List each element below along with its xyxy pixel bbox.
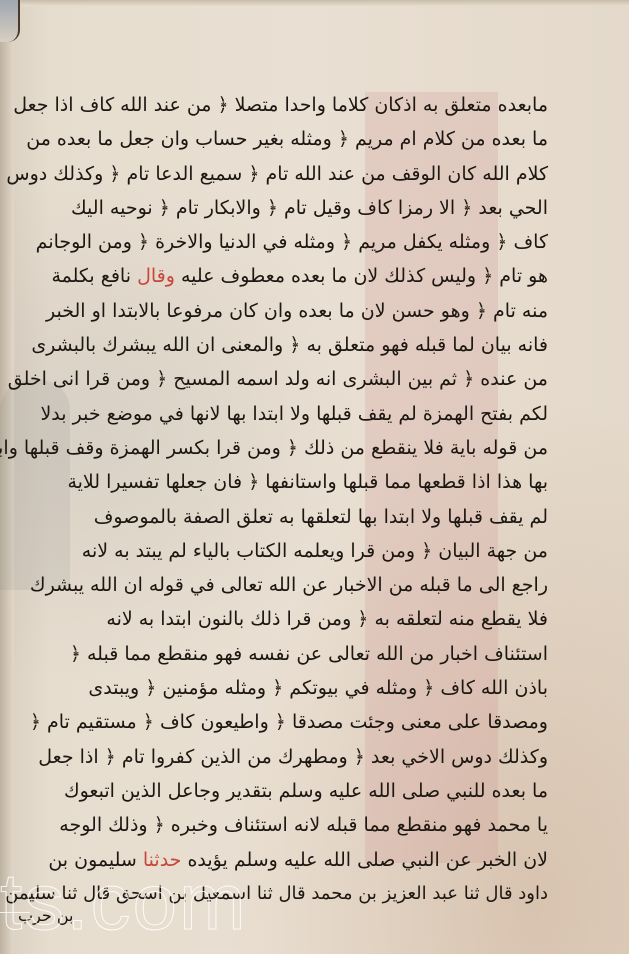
manuscript-line: كاف ﴿ ومثله يكفل مريم ﴿ ومثله في الدنيا …	[38, 225, 548, 259]
manuscript-line: استئناف اخبار من الله تعالى عن نفسه فهو …	[38, 637, 548, 671]
line-text: باذن الله كاف ﴿ ومثله في بيوتكم ﴿ ومثله …	[88, 677, 548, 699]
manuscript-line: فلا يقطع منه لتعلقه به ﴿ ومن قرا ذلك بال…	[38, 602, 548, 636]
page-top-edge	[0, 0, 629, 6]
line-text: ما بعده للنبي صلى الله عليه وسلم بتقدير …	[64, 780, 548, 802]
manuscript-line: منه تام ﴿ وهو حسن لان ما بعده وان كان مر…	[38, 294, 548, 328]
line-text: الحي بعد ﴿ الا رمزا كاف وقيل تام ﴿ والاب…	[71, 197, 548, 219]
rubric-word: وقال	[137, 265, 175, 287]
manuscript-line: بها هذا اذا قطعها مما قبلها واستانفها ﴿ …	[38, 465, 548, 499]
watermark: ts.com	[0, 862, 248, 942]
manuscript-line: راجع الى ما قبله من الاخبار عن الله تعال…	[38, 568, 548, 602]
line-text: راجع الى ما قبله من الاخبار عن الله تعال…	[30, 574, 548, 596]
manuscript-line: من جهة البيان ﴿ ومن قرا ويعلمه الكتاب با…	[38, 534, 548, 568]
manuscript-line: باذن الله كاف ﴿ ومثله في بيوتكم ﴿ ومثله …	[38, 671, 548, 705]
line-text: هو تام ﴿ وليس كذلك لان ما بعده معطوف علي…	[181, 265, 548, 287]
line-text: ومصدقا على معنى وجئت مصدقا ﴿ واطيعون كاف…	[30, 711, 548, 733]
line-text: من جهة البيان ﴿ ومن قرا ويعلمه الكتاب با…	[82, 540, 548, 562]
manuscript-line: ما بعده للنبي صلى الله عليه وسلم بتقدير …	[38, 774, 548, 808]
manuscript-line: كلام الله كان الوقف من عند الله تام ﴿ سم…	[38, 157, 548, 191]
manuscript-line: من عنده ﴿ ثم بين البشرى انه ولد اسمه الم…	[38, 362, 548, 396]
manuscript-line: ما بعده من كلام ام مريم ﴿ ومثله بغير حسا…	[38, 122, 548, 156]
manuscript-line: لم يقف قبلها ولا ابتدا بها لتعلقها به تع…	[38, 500, 548, 534]
line-text: بها هذا اذا قطعها مما قبلها واستانفها ﴿ …	[67, 471, 548, 493]
line-text-tail: نافع بكلمة	[51, 265, 131, 287]
page-corner-fold	[0, 0, 20, 42]
manuscript-text-block: مابعده متعلق به اذكان كلاما واحدا متصلا …	[38, 88, 548, 911]
line-text: استئناف اخبار من الله تعالى عن نفسه فهو …	[70, 643, 548, 665]
line-text: وكذلك دوس الاخي بعد ﴿ ومطهرك من الذين كف…	[38, 746, 548, 768]
manuscript-page: مابعده متعلق به اذكان كلاما واحدا متصلا …	[0, 0, 629, 954]
line-text: فانه بيان لما قبله فهو متعلق به ﴿ والمعن…	[31, 334, 548, 356]
line-text: ما بعده من كلام ام مريم ﴿ ومثله بغير حسا…	[26, 128, 548, 150]
line-text: كلام الله كان الوقف من عند الله تام ﴿ سم…	[6, 163, 548, 185]
manuscript-line: ومصدقا على معنى وجئت مصدقا ﴿ واطيعون كاف…	[38, 705, 548, 739]
manuscript-line: هو تام ﴿ وليس كذلك لان ما بعده معطوف علي…	[38, 259, 548, 293]
line-text: لم يقف قبلها ولا ابتدا بها لتعلقها به تع…	[94, 506, 548, 528]
manuscript-line: مابعده متعلق به اذكان كلاما واحدا متصلا …	[38, 88, 548, 122]
line-text: من عنده ﴿ ثم بين البشرى انه ولد اسمه الم…	[8, 368, 548, 390]
line-text: مابعده متعلق به اذكان كلاما واحدا متصلا …	[13, 94, 548, 116]
line-text: يا محمد فهو منقطع مما قبله لانه استئناف …	[59, 814, 548, 836]
line-text: لكم بفتح الهمزة لم يقف قبلها ولا ابتدا ب…	[40, 403, 548, 425]
manuscript-line: يا محمد فهو منقطع مما قبله لانه استئناف …	[38, 808, 548, 842]
manuscript-line: الحي بعد ﴿ الا رمزا كاف وقيل تام ﴿ والاب…	[38, 191, 548, 225]
manuscript-line: فانه بيان لما قبله فهو متعلق به ﴿ والمعن…	[38, 328, 548, 362]
line-text: كاف ﴿ ومثله يكفل مريم ﴿ ومثله في الدنيا …	[36, 231, 548, 253]
line-text: منه تام ﴿ وهو حسن لان ما بعده وان كان مر…	[46, 300, 548, 322]
manuscript-line: وكذلك دوس الاخي بعد ﴿ ومطهرك من الذين كف…	[38, 740, 548, 774]
manuscript-line: لكم بفتح الهمزة لم يقف قبلها ولا ابتدا ب…	[38, 397, 548, 431]
line-text: فلا يقطع منه لتعلقه به ﴿ ومن قرا ذلك بال…	[106, 608, 548, 630]
watermark-rule	[0, 912, 30, 913]
manuscript-line: من قوله باية فلا ينقطع من ذلك ﴿ ومن قرا …	[38, 431, 548, 465]
line-text: من قوله باية فلا ينقطع من ذلك ﴿ ومن قرا …	[0, 437, 548, 459]
